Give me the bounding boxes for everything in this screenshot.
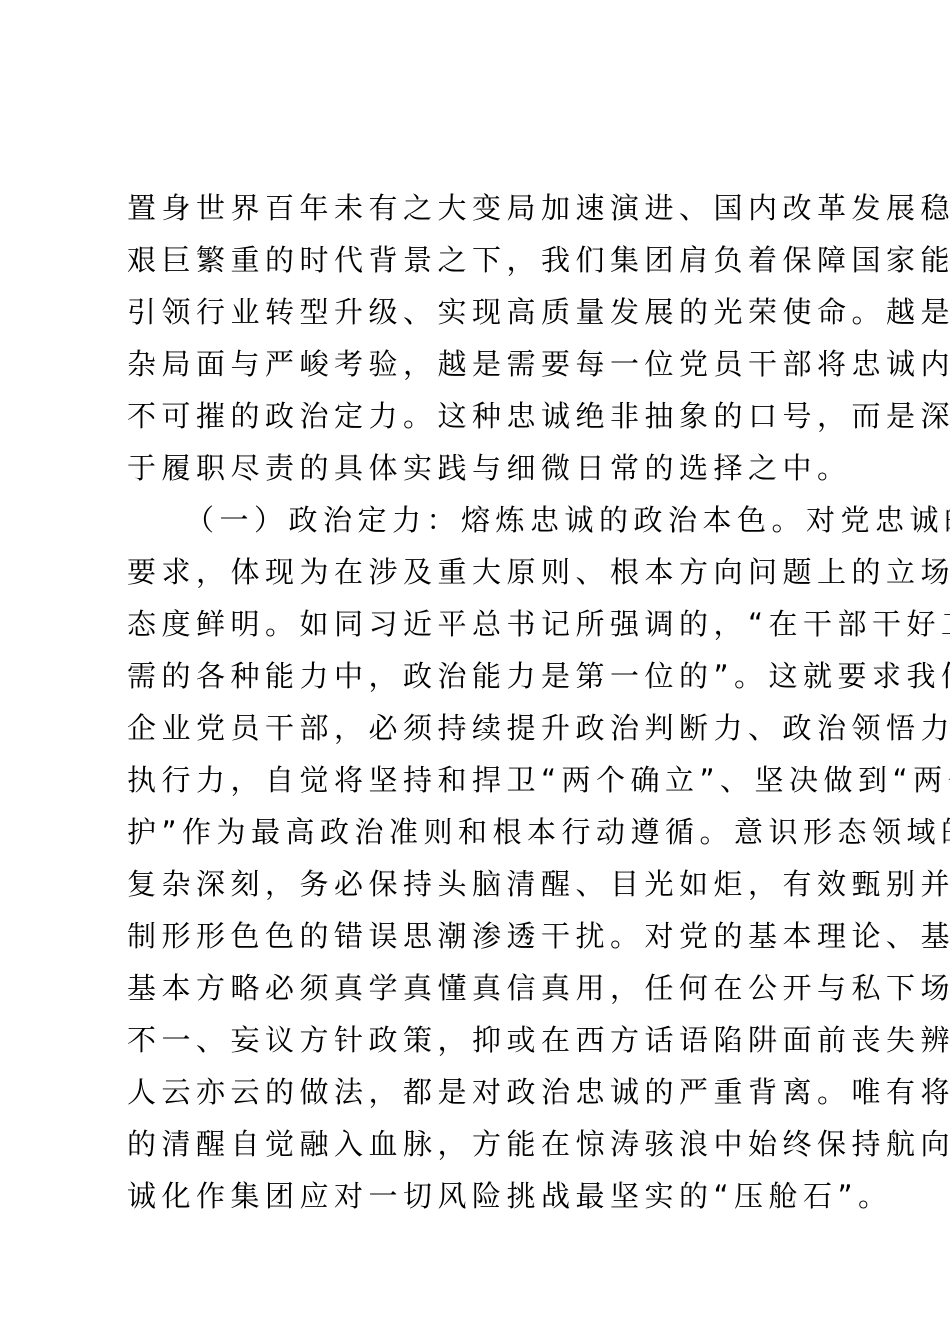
text-line: 的清醒自觉融入血脉，方能在惊涛骇浪中始终保持航向，使忠 bbox=[127, 1118, 837, 1170]
text-line: 基本方略必须真学真懂真信真用，任何在公开与私下场合言行 bbox=[127, 962, 837, 1014]
text-line: 护”作为最高政治准则和根本行动遵循。意识形态领域的交锋 bbox=[127, 806, 837, 858]
text-line: 不一、妄议方针政策，抑或在西方话语陷阱面前丧失辨别力、 bbox=[127, 1014, 837, 1066]
document-body: 置身世界百年未有之大变局加速演进、国内改革发展稳定任务 艰巨繁重的时代背景之下，… bbox=[127, 182, 837, 1222]
text-line: 执行力，自觉将坚持和捍卫“两个确立”、坚决做到“两个维 bbox=[127, 754, 837, 806]
paragraph-intro: 置身世界百年未有之大变局加速演进、国内改革发展稳定任务 艰巨繁重的时代背景之下，… bbox=[127, 182, 837, 494]
text-line: 引领行业转型升级、实现高质量发展的光荣使命。越是面对复 bbox=[127, 286, 837, 338]
text-line: 态度鲜明。如同习近平总书记所强调的，“在干部干好工作所 bbox=[127, 598, 837, 650]
text-line: 需的各种能力中，政治能力是第一位的”。这就要求我们国有 bbox=[127, 650, 837, 702]
text-line: 于履职尽责的具体实践与细微日常的选择之中。 bbox=[127, 442, 837, 494]
section-heading-line: （一）政治定力：熔炼忠诚的政治本色。对党忠诚的首要 bbox=[127, 494, 837, 546]
text-line: 置身世界百年未有之大变局加速演进、国内改革发展稳定任务 bbox=[127, 182, 837, 234]
text-line: 人云亦云的做法，都是对政治忠诚的严重背离。唯有将政治上 bbox=[127, 1066, 837, 1118]
text-line: 要求，体现为在涉及重大原则、根本方向问题上的立场坚定、 bbox=[127, 546, 837, 598]
paragraph-section-1-political-resolve: （一）政治定力：熔炼忠诚的政治本色。对党忠诚的首要 要求，体现为在涉及重大原则、… bbox=[127, 494, 837, 1222]
text-line: 杂局面与严峻考验，越是需要每一位党员干部将忠诚内化为坚 bbox=[127, 338, 837, 390]
text-line: 制形形色色的错误思潮渗透干扰。对党的基本理论、基本路线、 bbox=[127, 910, 837, 962]
text-line: 不可摧的政治定力。这种忠诚绝非抽象的口号，而是深深铭刻 bbox=[127, 390, 837, 442]
document-page: 置身世界百年未有之大变局加速演进、国内改革发展稳定任务 艰巨繁重的时代背景之下，… bbox=[0, 0, 950, 1344]
text-line: 复杂深刻，务必保持头脑清醒、目光如炬，有效甄别并坚决抵 bbox=[127, 858, 837, 910]
text-line: 诚化作集团应对一切风险挑战最坚实的“压舱石”。 bbox=[127, 1170, 837, 1222]
text-line: 企业党员干部，必须持续提升政治判断力、政治领悟力、政治 bbox=[127, 702, 837, 754]
text-line: 艰巨繁重的时代背景之下，我们集团肩负着保障国家能源安全、 bbox=[127, 234, 837, 286]
